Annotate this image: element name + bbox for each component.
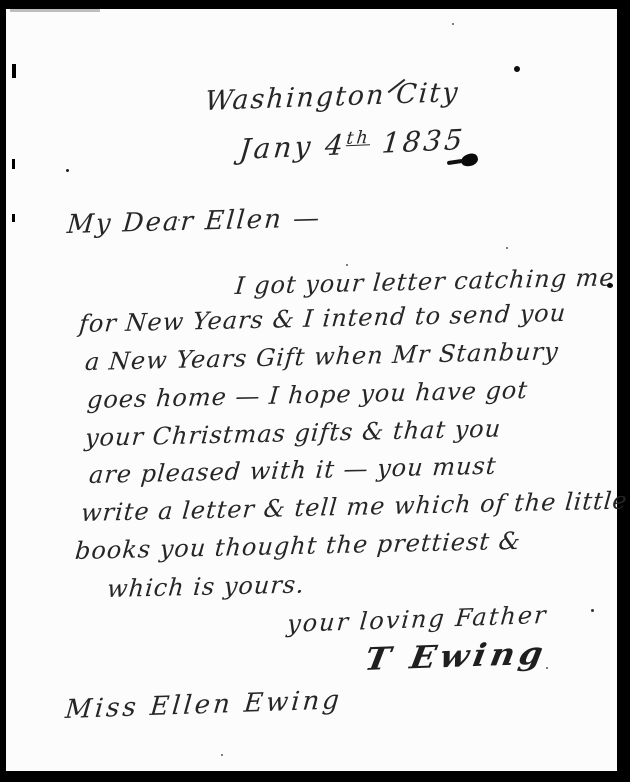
scan-shadow [10, 9, 100, 12]
ink-speck [506, 247, 508, 249]
scan-border-irregularity [12, 64, 16, 78]
scan-border-irregularity [566, 777, 596, 782]
place-line: Washington City [204, 77, 461, 117]
ink-dot [514, 66, 520, 72]
body-line: write a letter & tell me which of the li… [80, 487, 629, 527]
letter-paper: Washington City Jany 4th 1835 My Dear El… [6, 9, 617, 771]
date-ordinal-superscript: th [346, 128, 372, 149]
date-line: Jany 4th 1835 [238, 123, 467, 166]
date-day: Jany 4 [238, 128, 348, 166]
ink-speck [591, 609, 594, 612]
body-line: for New Years & I intend to send you [78, 299, 567, 338]
ink-speck [346, 264, 348, 266]
body-line: a New Years Gift when Mr Stanbury [84, 337, 560, 376]
scan-border-irregularity [618, 529, 624, 569]
ink-speck [221, 754, 223, 756]
ink-dot [607, 283, 613, 288]
body-line: are pleased with it — you must [88, 452, 498, 489]
scan-border-irregularity [12, 214, 15, 222]
scanned-letter-page: { "letter": { "type": "handwritten-lette… [0, 0, 630, 782]
ink-speck [546, 667, 548, 669]
body-line: books you thought the prettiest & [74, 527, 522, 565]
body-line: which is yours. [106, 570, 306, 603]
body-line: goes home — I hope you have got [86, 376, 529, 414]
ink-speck [178, 219, 180, 221]
body-line: I got your letter catching me [234, 263, 616, 300]
scan-border-irregularity [12, 159, 15, 169]
ink-blot-smear [447, 159, 463, 165]
signature: T Ewing [362, 635, 550, 678]
closing-line: your loving Father [286, 601, 549, 638]
ink-speck [452, 23, 454, 25]
body-line: your Christmas gifts & that you [84, 414, 502, 452]
salutation: My Dear Ellen — [66, 203, 322, 240]
addressee-line: Miss Ellen Ewing [64, 685, 343, 725]
ink-speck [66, 169, 69, 172]
date-year-value: 1835 [380, 123, 466, 160]
